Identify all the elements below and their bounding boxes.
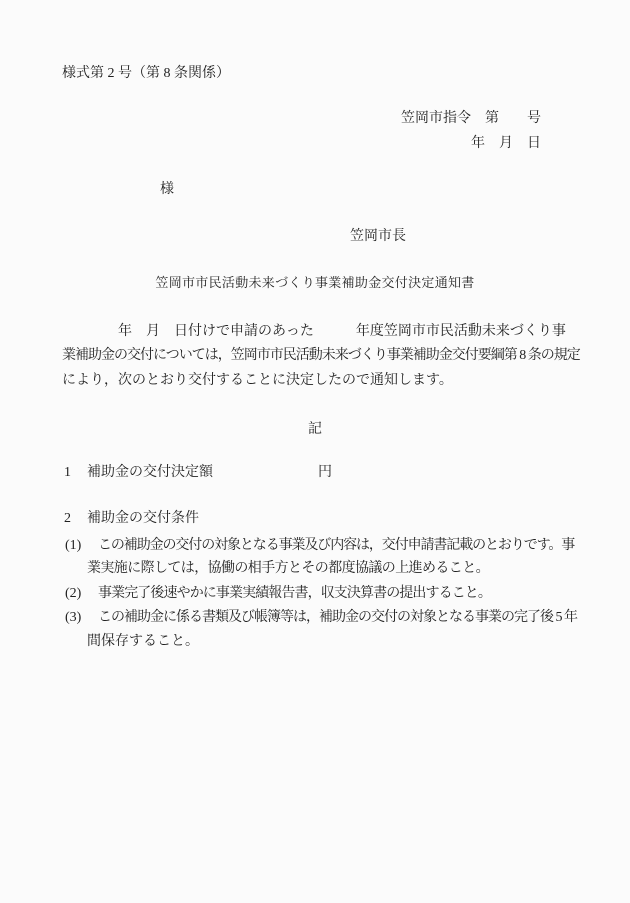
form-number: 様式第 2 号（第 8 条関係） xyxy=(62,64,230,84)
condition-3-line-1: この補助金に係る書類及び帳簿等は，補助金の交付の対象となる事業の完了後 5 年 xyxy=(98,608,577,628)
condition-3-line-2: 間保存すること。 xyxy=(87,632,199,652)
document-title: 笠岡市市民活動未来づくり事業補助金交付決定通知書 xyxy=(0,273,630,293)
issue-date-line: 年 月 日 xyxy=(471,134,541,154)
body-line-2: 業補助金の交付については，笠岡市市民活動未来づくり事業補助金交付要綱第 8 条の… xyxy=(62,346,580,366)
document-page: 様式第 2 号（第 8 条関係） 笠岡市指令 第 号 年 月 日 様 笠岡市長 … xyxy=(0,0,630,903)
condition-3-number: (3) xyxy=(65,608,81,628)
conditions-label: 補助金の交付条件 xyxy=(87,509,199,529)
sender-title: 笠岡市長 xyxy=(350,227,406,247)
condition-1-line-2: 業実施に際しては，協働の相手方とその都度協議の上進めること。 xyxy=(87,559,489,579)
decision-item-number: 1 xyxy=(64,463,71,483)
conditions-item-number: 2 xyxy=(64,509,71,529)
body-line-1: 年 月 日付けで申請のあった 年度笠岡市市民活動未来づくり事 xyxy=(62,322,566,342)
condition-2-line-1: 事業完了後速やかに事業実績報告書，収支決算書の提出すること。 xyxy=(98,584,491,604)
condition-1-line-1: この補助金の交付の対象となる事業及び内容は，交付申請書記載のとおりです。事 xyxy=(98,536,574,556)
condition-2-number: (2) xyxy=(65,584,81,604)
amount-unit: 円 xyxy=(318,463,332,483)
body-line-3: により，次のとおり交付することに決定したので通知します。 xyxy=(62,371,453,391)
directive-number-line: 笠岡市指令 第 号 xyxy=(401,109,541,129)
section-heading: 記 xyxy=(0,420,630,440)
decision-amount-label: 補助金の交付決定額 xyxy=(87,463,213,483)
addressee-suffix: 様 xyxy=(160,180,174,200)
condition-1-number: (1) xyxy=(65,536,81,556)
